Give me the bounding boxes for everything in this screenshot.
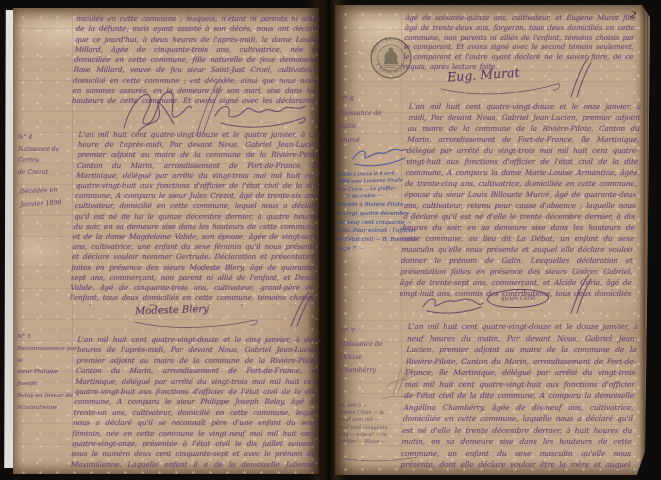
act-paragraph-n4-naissance: L'an mil huit cent quatre-vingt-douze et… <box>69 130 322 306</box>
scanned-register-spread: miciliés en cette commune ; lesquels, n'… <box>0 0 661 480</box>
margin-mention-mariage: Marié à Ducos le 8 avril 1900 avec Lucie… <box>338 170 407 201</box>
signature-flourish-icon <box>211 96 311 132</box>
paraph-icon <box>563 55 593 99</box>
annotation-signature-flourish-icon <box>349 143 411 169</box>
act-paragraph-n7-naissance: L'an mil huit cent quatre-vingt-douze et… <box>400 321 638 471</box>
margin-note-n6: N° 6 Naissance de Galin Murcé <box>339 93 399 147</box>
act-paragraph-n6-naissance: L'an mil huit cent quatre-vingt-douze et… <box>399 101 641 299</box>
margin-note-n5: N° 5 Reconnaissance par le sieur Philipp… <box>17 332 77 415</box>
signature-flourish-icon <box>116 84 196 136</box>
act-paragraph-n5-reconnaissance: L'an mil huit cent quatre-vingt-douze et… <box>70 335 321 471</box>
page-edge-stack <box>639 5 648 475</box>
signature-flourish-icon <box>419 293 485 315</box>
register-page-right: 2 RÉPUBLIQUE FRANÇAISE âgé de soixante-q… <box>335 5 650 475</box>
act-paragraph-n5bis-end: âgé de soixante-quinze ans, cultivateur,… <box>402 13 635 73</box>
signature-underline-icon <box>435 81 565 97</box>
paraph-icon <box>565 273 593 315</box>
margin-note-n4: N° 4 Naissance de Gertru- de Crezot <box>18 132 74 178</box>
signature-underline-icon <box>131 316 261 330</box>
paraph-icon <box>285 290 313 328</box>
margin-mention-deces-1898: Décédée en Janvier 1898 <box>19 183 74 211</box>
register-page-left: miciliés en cette commune ; lesquels, n'… <box>13 8 319 474</box>
